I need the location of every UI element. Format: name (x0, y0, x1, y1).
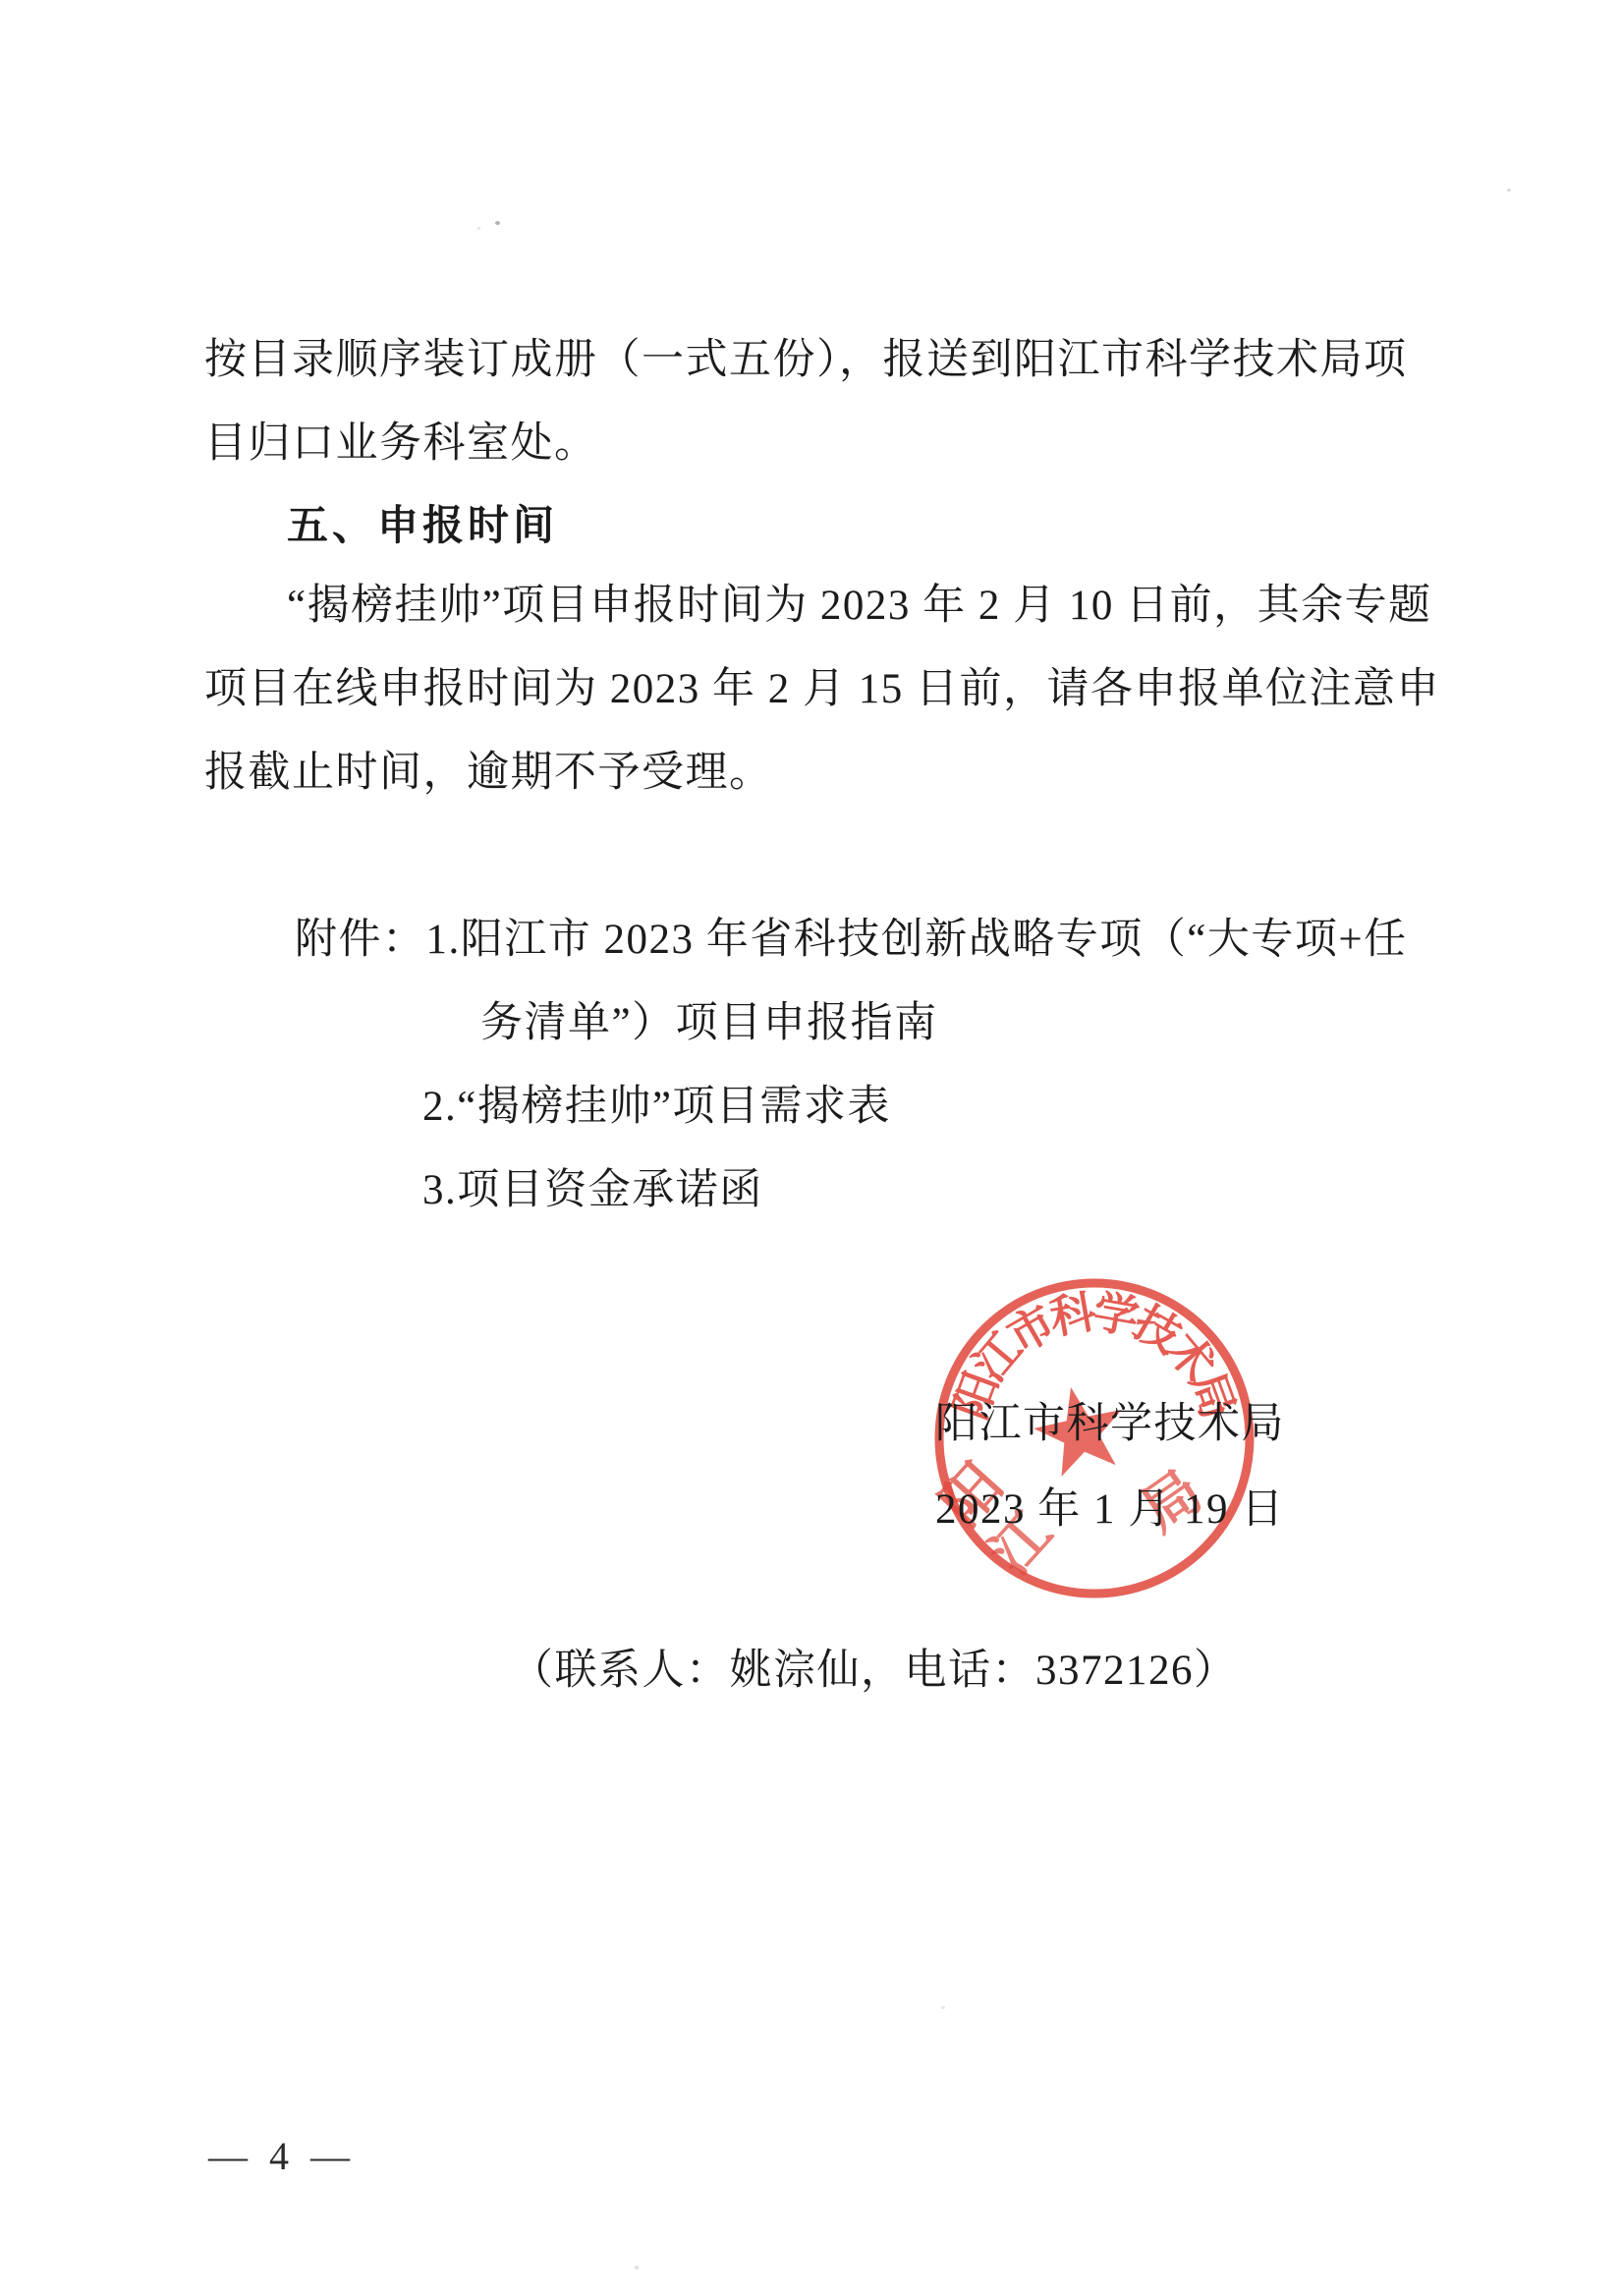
scan-speck (495, 221, 500, 225)
paragraph2-line1: “揭榜挂帅”项目申报时间为 2023 年 2 月 10 日前，其余专题 (287, 579, 1432, 634)
attachment-line2: 务清单”）项目申报指南 (480, 996, 938, 1051)
scan-speck (941, 2006, 945, 2009)
signature-agency: 阳江市科学技术局 (935, 1397, 1285, 1452)
document-page: 阳 江 市 科 学 技 术 局 阳 江 局 按目录顺序装订成册（一式五份），报送… (0, 0, 1620, 2296)
signature-date: 2023 年 1 月 19 日 (935, 1483, 1285, 1538)
contact-info: （联系人：姚淙仙，电话：3372126） (511, 1644, 1238, 1699)
attachment-line4: 3.项目资金承诺函 (422, 1163, 763, 1218)
attachment-line3: 2.“揭榜挂帅”项目需求表 (422, 1080, 891, 1135)
paragraph2-line2: 项目在线申报时间为 2023 年 2 月 15 日前，请各申报单位注意申 (204, 662, 1440, 717)
scan-speck (635, 2266, 639, 2269)
section-heading: 五、申报时间 (287, 498, 558, 553)
page-number: — 4 — (208, 2129, 356, 2184)
attachment-line1: 附件：1.阳江市 2023 年省科技创新战略专项（“大专项+任 (295, 913, 1408, 968)
paragraph1-line2: 目归口业务科室处。 (204, 417, 598, 472)
scan-speck (477, 227, 480, 230)
scan-speck (1507, 189, 1511, 192)
paragraph1-line1: 按目录顺序装订成册（一式五份），报送到阳江市科学技术局项 (204, 333, 1408, 388)
paragraph2-line3: 报截止时间，逾期不予受理。 (204, 746, 773, 801)
